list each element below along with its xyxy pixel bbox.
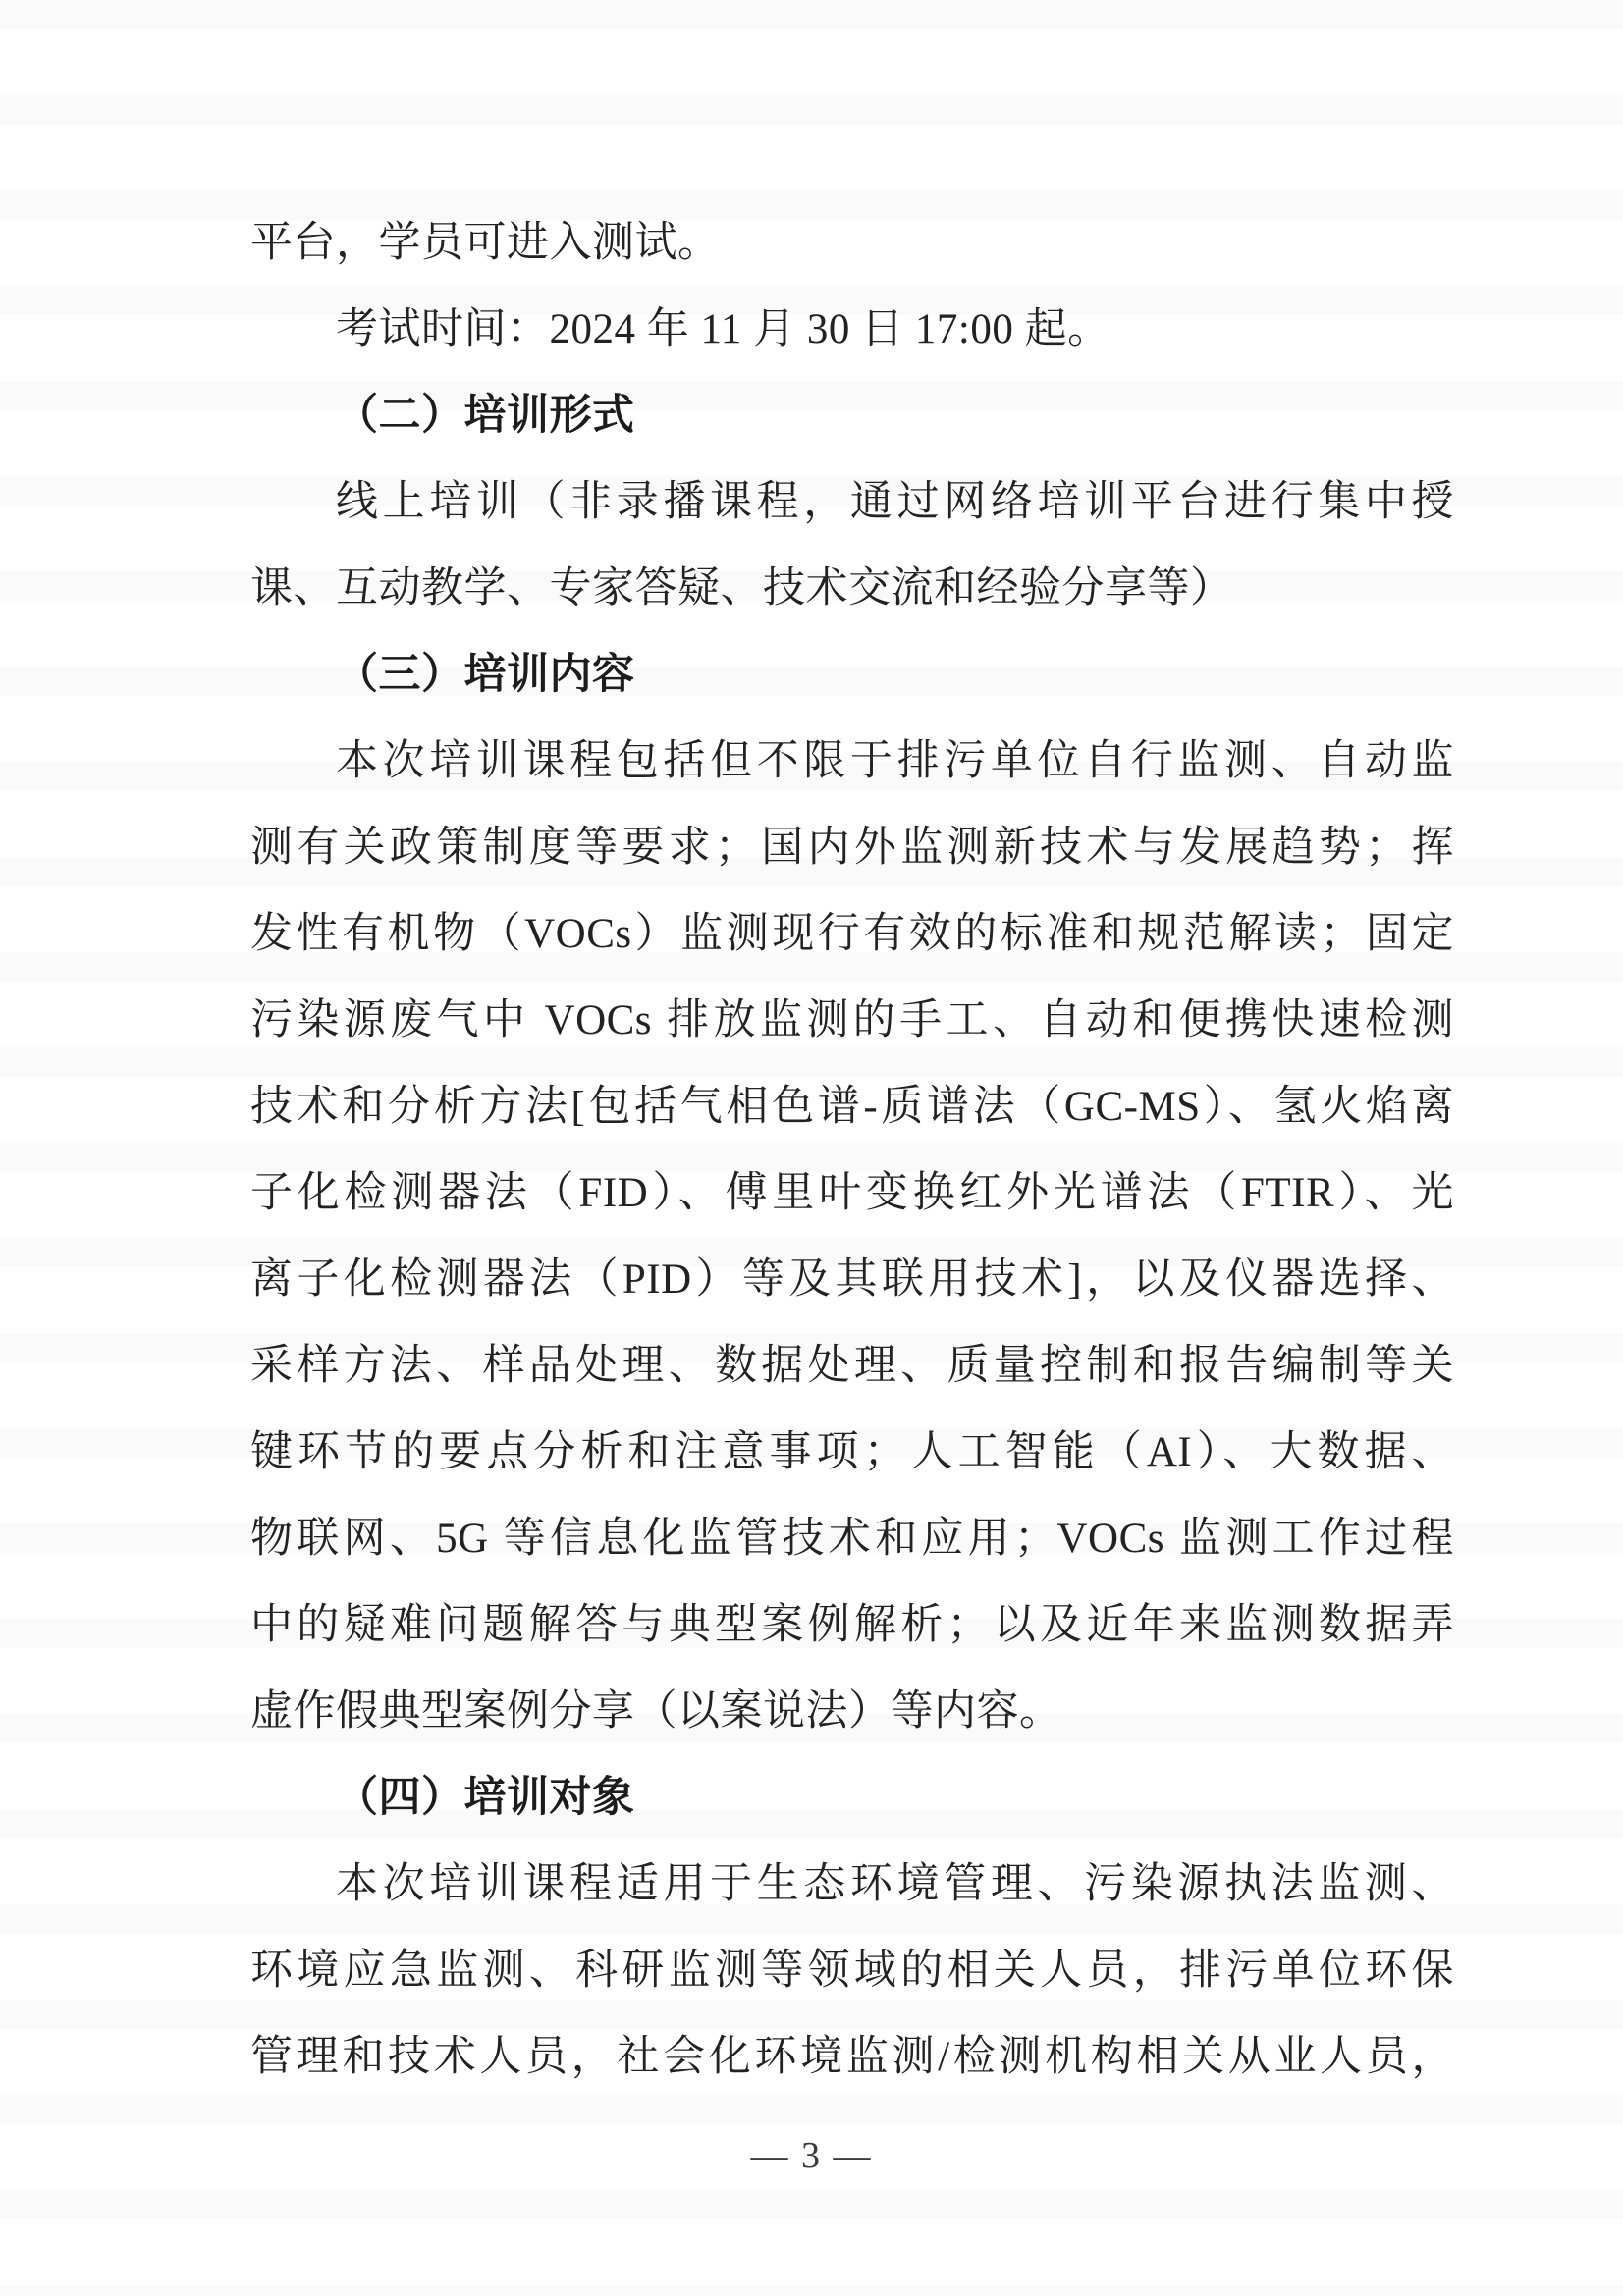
body-text: 平台，学员可进入测试。 考试时间：2024 年 11 月 30 日 17:00 … [250, 200, 1454, 2101]
text-line: 本次培训课程适用于生态环境管理、污染源执法监测、 [250, 1842, 1454, 1928]
text-line: 污染源废气中 VOCs 排放监测的手工、自动和便携快速检测 [250, 978, 1454, 1064]
text-line: 环境应急监测、科研监测等领域的相关人员，排污单位环保 [250, 1928, 1454, 2014]
section-heading: （三）培训内容 [250, 632, 1454, 719]
text-line: 平台，学员可进入测试。 [250, 200, 1454, 287]
text-line: 本次培训课程包括但不限于排污单位自行监测、自动监 [250, 719, 1454, 805]
text-line: 测有关政策制度等要求；国内外监测新技术与发展趋势；挥 [250, 805, 1454, 891]
section-heading: （二）培训形式 [250, 373, 1454, 459]
text-line: 线上培训（非录播课程，通过网络培训平台进行集中授 [250, 459, 1454, 546]
text-line: 管理和技术人员，社会化环境监测/检测机构相关从业人员， [250, 2014, 1454, 2101]
text-line: 键环节的要点分析和注意事项；人工智能（AI）、大数据、 [250, 1410, 1454, 1496]
text-line: 发性有机物（VOCs）监测现行有效的标准和规范解读；固定 [250, 891, 1454, 978]
text-line: 子化检测器法（FID）、傅里叶变换红外光谱法（FTIR）、光 [250, 1150, 1454, 1237]
text-line: 物联网、5G 等信息化监管技术和应用；VOCs 监测工作过程 [250, 1496, 1454, 1582]
text-line: 采样方法、样品处理、数据处理、质量控制和报告编制等关 [250, 1323, 1454, 1410]
text-line: 中的疑难问题解答与典型案例解析；以及近年来监测数据弄 [250, 1582, 1454, 1669]
section-heading: （四）培训对象 [250, 1755, 1454, 1842]
page-number: — 3 — [0, 2132, 1623, 2179]
text-line: 离子化检测器法（PID）等及其联用技术]，以及仪器选择、 [250, 1237, 1454, 1323]
text-line: 课、互动教学、专家答疑、技术交流和经验分享等） [250, 546, 1454, 632]
document-page: 平台，学员可进入测试。 考试时间：2024 年 11 月 30 日 17:00 … [0, 0, 1623, 2296]
text-line: 技术和分析方法[包括气相色谱-质谱法（GC-MS）、氢火焰离 [250, 1064, 1454, 1150]
text-line: 虚作假典型案例分享（以案说法）等内容。 [250, 1669, 1454, 1755]
text-line: 考试时间：2024 年 11 月 30 日 17:00 起。 [250, 287, 1454, 373]
